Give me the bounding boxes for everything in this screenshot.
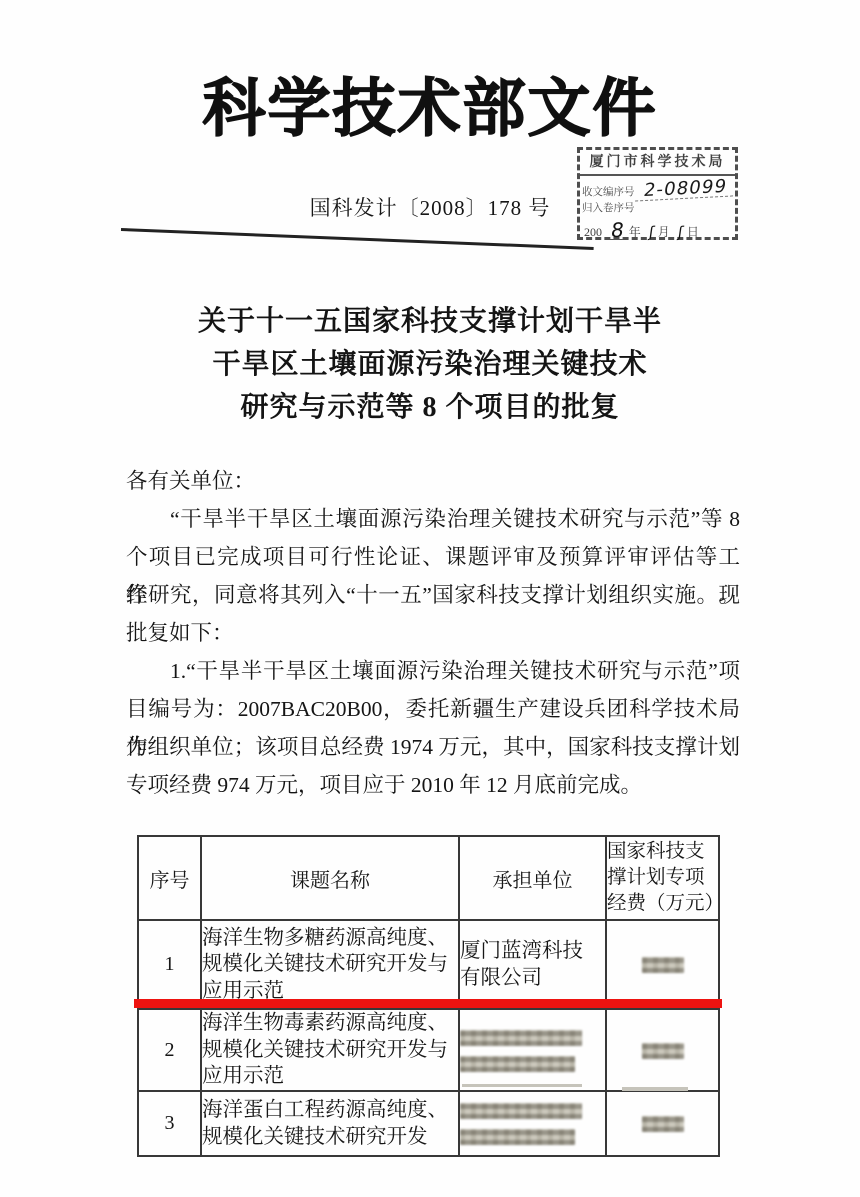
scan-artifact-line [622, 1087, 688, 1091]
row3-unit [459, 1091, 606, 1156]
row2-fee [606, 1009, 719, 1091]
redacted-unit-name [460, 1103, 582, 1119]
receipt-stamp: 厦门市科学技术局 收文编序号 2-08099 归入卷序号 200 8 年 ʃ 月… [577, 147, 738, 240]
scanned-document-page: 科学技术部文件 国科发计〔2008〕178 号 厦门市科学技术局 收文编序号 2… [0, 0, 860, 1197]
body-line-3: 经研究，同意将其列入“十一五”国家科技支撑计划组织实施。现 [126, 576, 740, 614]
approval-table: 序号 课题名称 承担单位 国家科技支 撑计划专项 经费（万元） 1 海洋生物多糖… [137, 835, 720, 1157]
redacted-unit-name [460, 1129, 575, 1145]
body-line-8: 专项经费 974 万元，项目应于 2010 年 12 月底前完成。 [126, 766, 740, 804]
row1-unit-line: 有限公司 [460, 965, 605, 992]
stamp-date-row: 200 8 年 ʃ 月 ʃ 日 [580, 218, 735, 242]
row1-unit: 厦门蓝湾科技 有限公司 [459, 920, 606, 1009]
row2-topic-line: 应用示范 [202, 1063, 458, 1090]
document-title-line-1: 关于十一五国家科技支撑计划干旱半 [0, 300, 860, 343]
row1-topic-line: 海洋生物多糖药源高纯度、 [202, 925, 458, 952]
row1-topic-line: 规模化关键技术研究开发与 [202, 951, 458, 978]
header-unit: 承担单位 [459, 836, 606, 920]
header-separator-line [121, 228, 594, 250]
row1-unit-line: 厦门蓝湾科技 [460, 938, 605, 965]
row2-no: 2 [138, 1009, 201, 1091]
table-row: 2 海洋生物毒素药源高纯度、 规模化关键技术研究开发与 应用示范 [138, 1009, 719, 1091]
body-line-7: 为组织单位；该项目总经费 1974 万元，其中，国家科技支撑计划 [126, 728, 740, 766]
row2-topic-line: 规模化关键技术研究开发与 [202, 1037, 458, 1064]
row3-no: 3 [138, 1091, 201, 1156]
red-underline-annotation [134, 999, 722, 1008]
stamp-date-prefix: 200 [584, 225, 602, 240]
stamp-date-year-handwritten: 8 [610, 221, 625, 240]
row2-topic: 海洋生物毒素药源高纯度、 规模化关键技术研究开发与 应用示范 [201, 1009, 459, 1091]
stamp-receipt-row: 收文编序号 2-08099 [580, 176, 735, 199]
row3-topic-line: 海洋蛋白工程药源高纯度、 [202, 1097, 458, 1124]
stamp-receipt-label: 收文编序号 [582, 186, 635, 199]
document-title-line-3: 研究与示范等 8 个项目的批复 [0, 386, 860, 429]
redacted-fee-value [642, 1043, 684, 1059]
body-line-5: 1.“干旱半干旱区土壤面源污染治理关键技术研究与示范”项 [170, 652, 740, 690]
table-row: 3 海洋蛋白工程药源高纯度、 规模化关键技术研究开发 [138, 1091, 719, 1156]
redacted-unit-name [460, 1030, 582, 1046]
body-line-2: 个项目已完成项目可行性论证、课题评审及预算评审评估等工作。 [126, 538, 740, 576]
row3-topic-line: 规模化关键技术研究开发 [202, 1124, 458, 1151]
stamp-year-unit: 年 [629, 223, 641, 240]
document-title-line-2: 干旱区土壤面源污染治理关键技术 [0, 343, 860, 386]
header-fee-line-1: 国家科技支 [607, 839, 718, 865]
header-no: 序号 [138, 836, 201, 920]
body-line-4: 批复如下： [126, 614, 740, 652]
document-title: 关于十一五国家科技支撑计划干旱半 干旱区土壤面源污染治理关键技术 研究与示范等 … [0, 300, 860, 429]
redacted-unit-name [460, 1056, 575, 1072]
scan-artifact-line [462, 1084, 582, 1087]
row2-unit [459, 1009, 606, 1091]
row2-topic-line: 海洋生物毒素药源高纯度、 [202, 1010, 458, 1037]
table-row: 1 海洋生物多糖药源高纯度、 规模化关键技术研究开发与 应用示范 厦门蓝湾科技 … [138, 920, 719, 1009]
stamp-month-unit: 月 [658, 223, 670, 240]
stamp-file-label: 归入卷序号 [582, 202, 635, 215]
stamp-file-row: 归入卷序号 [580, 199, 735, 218]
stamp-day-unit: 日 [687, 223, 699, 240]
body-line-1: “干旱半干旱区土壤面源污染治理关键技术研究与示范”等 8 [170, 500, 740, 538]
row1-no: 1 [138, 920, 201, 1009]
stamp-month-handwritten-mark: ʃ [648, 225, 655, 240]
header-fee: 国家科技支 撑计划专项 经费（万元） [606, 836, 719, 920]
table-header-row: 序号 课题名称 承担单位 国家科技支 撑计划专项 经费（万元） [138, 836, 719, 920]
redacted-fee-value [642, 1116, 684, 1132]
row1-topic: 海洋生物多糖药源高纯度、 规模化关键技术研究开发与 应用示范 [201, 920, 459, 1009]
stamp-receipt-number-handwritten: 2-08099 [635, 177, 735, 201]
header-fee-line-3: 经费（万元） [607, 891, 718, 917]
row3-fee [606, 1091, 719, 1156]
stamp-bureau-name: 厦门市科学技术局 [580, 150, 735, 176]
salutation: 各有关单位： [126, 462, 740, 500]
header-topic: 课题名称 [201, 836, 459, 920]
row1-fee [606, 920, 719, 1009]
redacted-fee-value [642, 957, 684, 973]
header-fee-line-2: 撑计划专项 [607, 865, 718, 891]
stamp-day-handwritten-mark: ʃ [677, 225, 684, 240]
ministry-header-title: 科学技术部文件 [0, 58, 860, 149]
row3-topic: 海洋蛋白工程药源高纯度、 规模化关键技术研究开发 [201, 1091, 459, 1156]
body-line-6: 目编号为：2007BAC20B00，委托新疆生产建设兵团科学技术局作 [126, 690, 740, 728]
body-text: 各有关单位： “干旱半干旱区土壤面源污染治理关键技术研究与示范”等 8 个项目已… [126, 462, 740, 804]
